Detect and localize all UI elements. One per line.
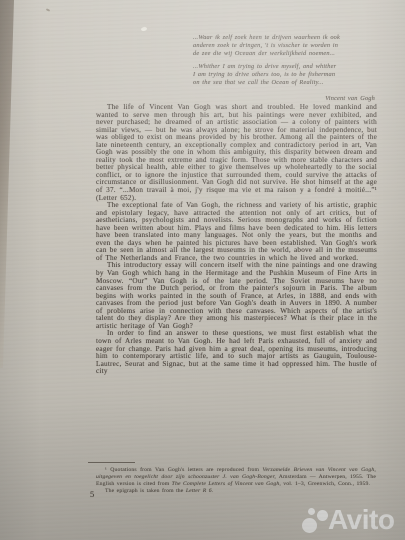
footnote-citation: ¹ Quotations from Van Gogh's letters are…	[96, 467, 376, 488]
page-number: 5	[90, 489, 94, 499]
footnote-epigraph-source: The epigraph is taken from the Letter R …	[96, 488, 376, 495]
footnote: ¹ Quotations from Van Gogh's letters are…	[96, 467, 376, 495]
footnote-text: The epigraph is taken from the	[105, 488, 186, 494]
avito-wordmark: Avito	[328, 504, 394, 536]
footnote-rule	[88, 462, 135, 463]
paper-speck	[46, 8, 50, 12]
epigraph-english: ...Whither I am trying to drive myself, …	[193, 63, 377, 87]
avito-watermark: Avito	[290, 496, 405, 540]
book-page-photo: ...Waar ik zelf zoek heen te drijven waa…	[0, 0, 405, 540]
avito-logo-dot-icon	[302, 518, 317, 533]
footnote-letter-ref: Letter R 6.	[186, 488, 213, 494]
page-edge-shadow	[0, 0, 16, 368]
epigraph-line: ...Waar ik zelf zoek heen te drijven waa…	[193, 34, 377, 42]
epigraph-line: on the sea that we call the Ocean of Rea…	[193, 79, 377, 87]
footnote-text: ¹ Quotations from Van Gogh's letters are…	[105, 467, 262, 473]
essay-paragraph: In order to find an answer to these ques…	[96, 330, 377, 375]
footnote-text: vol. 1–3, Greenwich, Conn., 1959.	[281, 481, 370, 487]
essay-paragraph: This introductory essay will concern its…	[96, 262, 377, 330]
avito-logo-dot-icon	[308, 508, 315, 515]
epigraph-line: de zee die wij Oceaan der werkelijkheid …	[193, 50, 377, 58]
essay-paragraph: The exceptional fate of Van Gogh, the ri…	[96, 202, 377, 262]
essay-paragraph: The life of Vincent Van Gogh was short a…	[96, 104, 377, 202]
epigraph-signature: Vincent van Gogh	[193, 95, 377, 103]
avito-logo-dot-icon	[317, 510, 328, 521]
paper-scratch	[141, 26, 148, 31]
epigraph-line: anderen zoek te dringen, 't is visscher …	[193, 42, 377, 50]
footnote-book-title: The Complete Letters of Vincent van Gogh…	[172, 481, 281, 487]
epigraph: ...Waar ik zelf zoek heen te drijven waa…	[193, 34, 377, 103]
epigraph-dutch: ...Waar ik zelf zoek heen te drijven waa…	[193, 34, 377, 58]
essay-text: The life of Vincent Van Gogh was short a…	[96, 104, 377, 376]
